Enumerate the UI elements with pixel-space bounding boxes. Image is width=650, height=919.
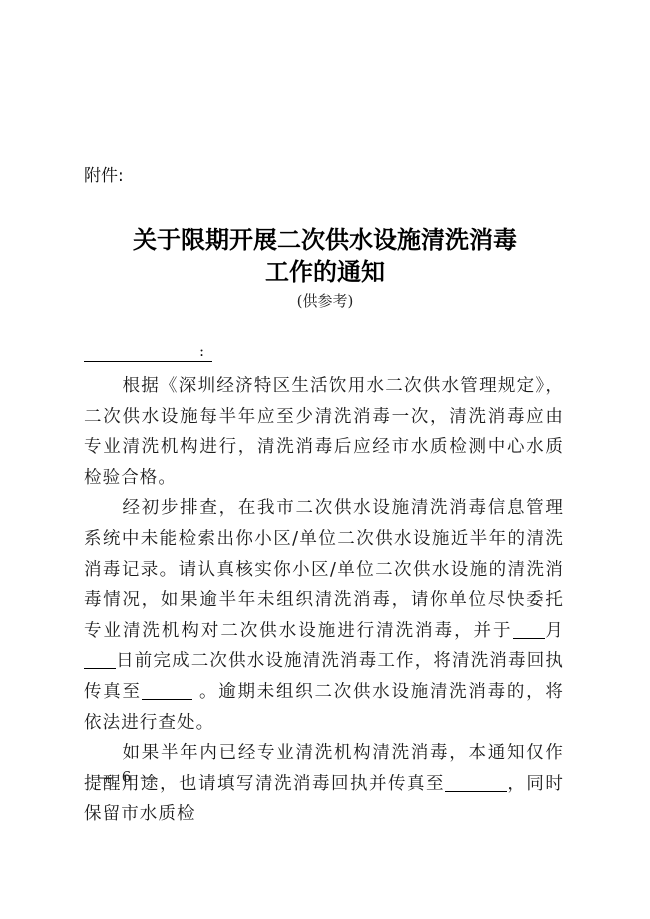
document-title-line-2: 工作的通知 <box>0 252 650 287</box>
document-title-line-1: 关于限期开展二次供水设施清洗消毒 <box>0 220 650 255</box>
attachment-label: 附件: <box>84 161 124 186</box>
page-number: — 6 — <box>98 768 157 786</box>
document-subtitle: (供参考) <box>0 290 650 311</box>
paragraph-regulation: 根据《深圳经济特区生活饮用水二次供水管理规定》，二次供水设施每半年应至少清洗消毒… <box>84 371 564 493</box>
fax-number-blank-field-2[interactable] <box>445 773 507 792</box>
paragraph-inspection-text-1: 经初步排查，在我市二次供水设施清洗消毒信息管理系统中未能检索出你小区/单位二次供… <box>84 498 564 640</box>
addressee-colon: : <box>199 342 204 360</box>
fax-number-blank-field[interactable] <box>142 681 192 700</box>
month-label: 月 <box>545 621 564 641</box>
month-blank-field[interactable] <box>513 620 545 639</box>
paragraph-inspection: 经初步排查，在我市二次供水设施清洗消毒信息管理系统中未能检索出你小区/单位二次供… <box>84 493 564 738</box>
day-blank-field[interactable] <box>84 650 116 669</box>
document-body: 根据《深圳经济特区生活饮用水二次供水管理规定》，二次供水设施每半年应至少清洗消毒… <box>84 371 564 830</box>
addressee-blank-field[interactable]: : <box>84 342 212 362</box>
